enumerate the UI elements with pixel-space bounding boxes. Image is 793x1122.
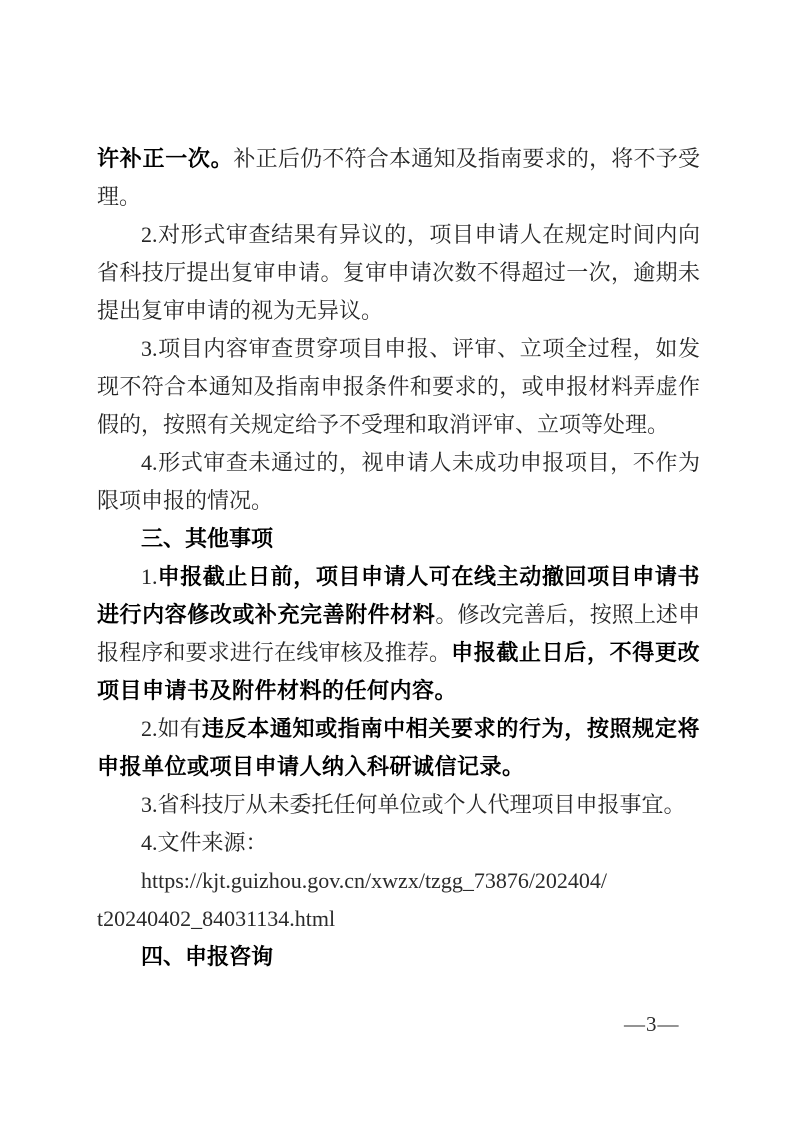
page-number: —3— — [624, 1012, 680, 1037]
document-page: 许补正一次。补正后仍不符合本通知及指南要求的，将不予受理。 2.对形式审查结果有… — [0, 0, 793, 1122]
text-run: 1. — [141, 564, 158, 589]
url-line-1: https://kjt.guizhou.gov.cn/xwzx/tzgg_738… — [141, 868, 607, 893]
list-item-withdraw-application: 1.申报截止日前，项目申请人可在线主动撤回项目申请书进行内容修改或补充完善附件材… — [97, 558, 700, 710]
section-heading-application-consultation: 四、申报咨询 — [97, 938, 700, 976]
text-run: 4.文件来源： — [141, 830, 268, 855]
list-item-content-review: 3.项目内容审查贯穿项目申报、评审、立项全过程，如发现不符合本通知及指南申报条件… — [97, 330, 700, 444]
bold-text-run: 许补正一次。 — [97, 146, 233, 171]
text-run: 4.形式审查未通过的，视申请人未成功申报项目，不作为限项申报的情况。 — [97, 450, 700, 513]
text-run: 3.项目内容审查贯穿项目申报、评审、立项全过程，如发现不符合本通知及指南申报条件… — [97, 336, 700, 437]
document-body: 许补正一次。补正后仍不符合本通知及指南要求的，将不予受理。 2.对形式审查结果有… — [97, 140, 700, 976]
text-run: 2.如有 — [141, 716, 202, 741]
heading-text: 三、其他事项 — [141, 526, 273, 551]
text-run: 3.省科技厅从未委托任何单位或个人代理项目申报事宜。 — [141, 792, 686, 817]
list-item-failed-review: 4.形式审查未通过的，视申请人未成功申报项目，不作为限项申报的情况。 — [97, 444, 700, 520]
list-item-no-agents: 3.省科技厅从未委托任何单位或个人代理项目申报事宜。 — [97, 786, 700, 824]
paragraph-continued-correction: 许补正一次。补正后仍不符合本通知及指南要求的，将不予受理。 — [97, 140, 700, 216]
heading-text: 四、申报咨询 — [141, 944, 273, 969]
list-item-file-source: 4.文件来源： — [97, 824, 700, 862]
section-heading-other-matters: 三、其他事项 — [97, 520, 700, 558]
source-url-text: https://kjt.guizhou.gov.cn/xwzx/tzgg_738… — [97, 862, 700, 938]
text-run: 2.对形式审查结果有异议的，项目申请人在规定时间内向省科技厅提出复审申请。复审申… — [97, 222, 700, 323]
url-line-2: t20240402_84031134.html — [97, 906, 335, 931]
list-item-integrity-record: 2.如有违反本通知或指南中相关要求的行为，按照规定将申报单位或项目申请人纳入科研… — [97, 710, 700, 786]
list-item-formal-review-appeal: 2.对形式审查结果有异议的，项目申请人在规定时间内向省科技厅提出复审申请。复审申… — [97, 216, 700, 330]
